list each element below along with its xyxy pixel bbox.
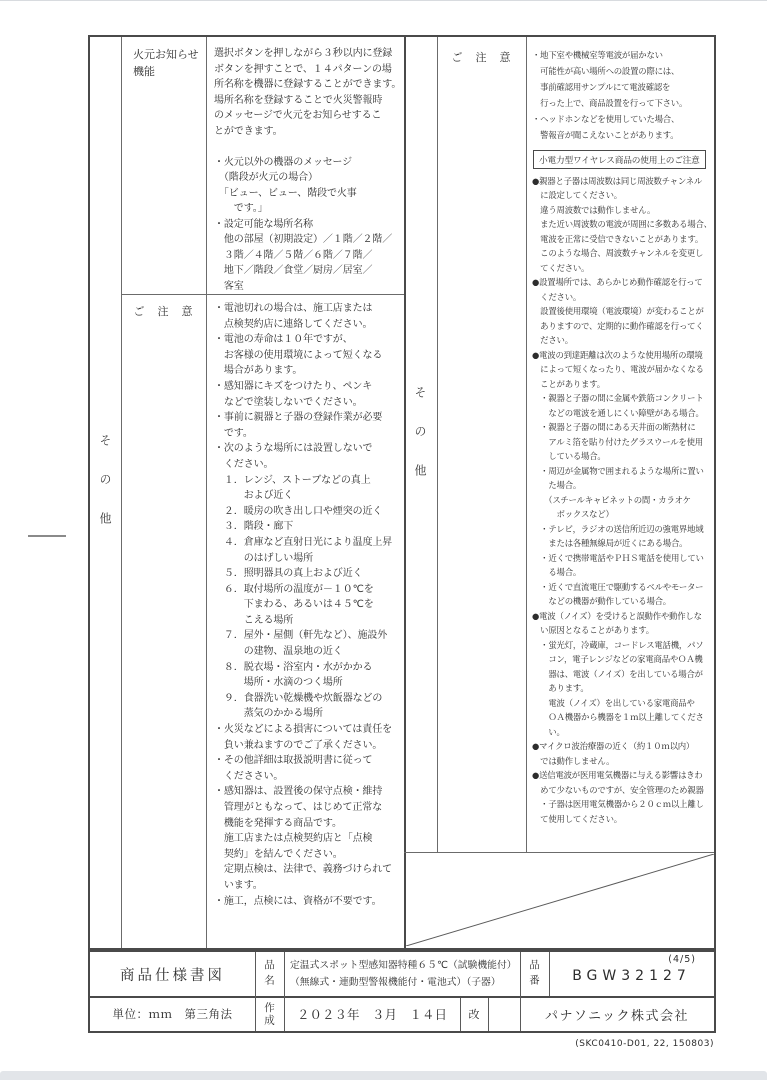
text-line: ・テレビ，ラジオの送信所近辺の強電界地域 — [532, 522, 714, 537]
text-line: ・親器と子器の間にある天井面の断熱材に — [532, 420, 714, 435]
text-line: 設置後使用環境（電波環境）が変わることが — [532, 304, 714, 319]
text-line: ＯＡ機器から機器を１ｍ以上離してくださ — [532, 710, 714, 725]
text-line: アルミ箔を貼り付けたグラスウールを使用 — [532, 435, 714, 450]
text-line: ・事前に親器と子器の登録作業が必要 — [214, 410, 392, 426]
text-line: ・近くで直流電圧で駆動するベルやモーター — [532, 580, 714, 595]
text-line: ９．食器洗い乾燥機や炊飯器などの — [214, 691, 392, 707]
text-line: ください。 — [532, 290, 714, 305]
text-line: た場合。 — [532, 478, 714, 493]
part-no-label: 品番 — [527, 959, 542, 990]
text-line: 管理がともなって、はじめて正常な — [214, 800, 392, 816]
left-row1-content: 選択ボタンを押しながら３秒以内に登録ボタンを押すことで、１４パターンの場所名称を… — [214, 46, 401, 294]
text-line: ださい。 — [532, 333, 714, 348]
text-line — [214, 139, 401, 155]
text-line: ・設定可能な場所名称 — [214, 217, 401, 233]
doc-title: 商品仕様書図 — [90, 952, 255, 996]
text-line: 行った上で、商品設置を行って下さい。 — [532, 95, 714, 111]
text-line: では動作しません。 — [532, 754, 714, 769]
right-wireless-notes: ●親器と子器は周波数は同じ周波数チャンネル に設定してください。 違う周波数では… — [532, 174, 714, 827]
units-projection: 単位：ｍｍ 第三角法 — [90, 997, 255, 1031]
text-line: ６．取付場所の温度が－１０℃を — [214, 582, 392, 598]
text-line: 負い兼ねますのでご了承ください。 — [214, 738, 392, 754]
part-number: BGW32127 — [549, 968, 714, 984]
text-line: 契約」を結んでください。 — [214, 847, 392, 863]
text-line: ボックスなど） — [532, 507, 714, 522]
text-line: 施工店または点検契約店と「点検 — [214, 831, 392, 847]
text-line: などの電波を通しにくい障壁がある場合。 — [532, 406, 714, 421]
text-line: 所名称を機器に登録することができます。 — [214, 77, 401, 93]
revision-label: 改 — [460, 997, 488, 1031]
text-line: ・周辺が金属物で囲まれるような場所に置い — [532, 464, 714, 479]
text-line: います。 — [214, 878, 392, 894]
text-line: および近く — [214, 488, 392, 504]
grid-line — [526, 37, 527, 852]
text-line: 選択ボタンを押しながら３秒以内に登録 — [214, 46, 401, 62]
text-line: ３．階段・廊下 — [214, 519, 392, 535]
text-line: ください。 — [214, 457, 392, 473]
right-side-label: その他 — [412, 386, 429, 503]
text-line: １．レンジ、ストーブなどの真上 — [214, 473, 392, 489]
binding-mark — [28, 535, 66, 537]
text-line: また近い周波数の電波が周囲に多数ある場合、 — [532, 217, 714, 232]
text-line: ・地下室や機械室等電波が届かない — [532, 47, 714, 63]
text-line: などの機器が動作している場合。 — [532, 594, 714, 609]
text-line: 事前確認用サンプルにて電波確認を — [532, 79, 714, 95]
text-line: ●電波の到達距離は次のような使用場所の環境 — [532, 348, 714, 363]
text-line: 地下／階段／食堂／厨房／居室／ — [214, 263, 401, 279]
product-name-label: 品名 — [262, 959, 277, 990]
text-line: 電波（ノイズ）を出している家電商品や — [532, 696, 714, 711]
text-line: 電波を正常に受信できないことがあります。 — [532, 232, 714, 247]
created-label-cell: 作成 — [255, 997, 284, 1031]
text-line: ・親器と子器の間に金属や鉄筋コンクリート — [532, 391, 714, 406]
text-line: ・近くで携帯電話やＰＨＳ電話を使用してい — [532, 551, 714, 566]
diagonal-line — [406, 854, 714, 946]
text-line: ８．脱衣場・浴室内・水がかかる — [214, 660, 392, 676]
text-line: ボタンを押すことで、１４パターンの場 — [214, 62, 401, 78]
right-side-label-cell: その他 — [404, 37, 437, 852]
text-line: ・次のような場所には設置しないで — [214, 441, 392, 457]
text-line: こえる場所 — [214, 613, 392, 629]
text-line: 警報音が聞こえないことがあります。 — [532, 127, 714, 143]
text-line: に設定してください。 — [532, 188, 714, 203]
text-line: ・電池切れの場合は、施工店または — [214, 301, 392, 317]
right-label: ご 注 意 — [437, 49, 526, 65]
part-no-label-cell: 品番 — [520, 952, 549, 996]
text-line: している場合。 — [532, 449, 714, 464]
text-line: ●電波（ノイズ）を受けると誤動作や動作しな — [532, 609, 714, 624]
created-label: 作成 — [262, 1002, 277, 1027]
text-line: めて少ないものですが、安全管理のため親器 — [532, 783, 714, 798]
text-line: 場合があります。 — [214, 363, 392, 379]
text-line: ●送信電波が医用電気機器に与える影響はきわ — [532, 768, 714, 783]
text-line: 「ビュー、ビュー、階段で火事 — [214, 186, 401, 202]
text-line: ●設置場所では、あらかじめ動作確認を行って — [532, 275, 714, 290]
left-row2-content: ・電池切れの場合は、施工店または 点検契約店に連絡してください。・電池の寿命は１… — [214, 301, 392, 909]
text-line: ・感知器にキズをつけたり、ペンキ — [214, 379, 392, 395]
scan-edge-top — [0, 0, 767, 1]
text-line: のメッセージで火元をお知らせするこ — [214, 108, 401, 124]
text-line: い。 — [532, 725, 714, 740]
left-side-label-cell: その他 — [90, 37, 121, 948]
text-line: ３階／４階／５階／６階／７階／ — [214, 248, 401, 264]
text-line: （スチールキャビネットの間・カラオケ — [532, 493, 714, 508]
text-line: る場合。 — [532, 565, 714, 580]
text-line: とができます。 — [214, 124, 401, 140]
text-line: です。」 — [214, 201, 401, 217]
text-line: お客様の使用環境によって短くなる — [214, 348, 392, 364]
text-line: または各種無線局が近くにある場合。 — [532, 536, 714, 551]
text-line: このような場合、周波数チャンネルを変更し — [532, 246, 714, 261]
right-content: ・地下室や機械室等電波が届かない 可能性が高い場所への設置の際には、 事前確認用… — [532, 47, 714, 826]
wireless-caution-title: 小電力型ワイヤレス商品の使用上のご注意 — [533, 150, 706, 169]
spec-sheet-page: その他 火元お知らせ 機能 選択ボタンを押しながら３秒以内に登録ボタンを押すこと… — [0, 0, 767, 1080]
text-line: 客室 — [214, 279, 401, 295]
text-line: くだささい。 — [214, 769, 392, 785]
text-line: 下まわる、あるいは４５℃を — [214, 597, 392, 613]
text-line: 可能性が高い場所への設置の際には、 — [532, 63, 714, 79]
text-line: ５．照明器具の真上および近く — [214, 566, 392, 582]
left-side-label: その他 — [97, 434, 114, 551]
text-line: ・ヘッドホンなどを使用していた場合、 — [532, 111, 714, 127]
scan-edge-bottom — [0, 1071, 767, 1080]
product-name-label-cell: 品名 — [255, 952, 284, 996]
text-line: 点検契約店に連絡してください。 — [214, 317, 392, 333]
text-line: 違う周波数では動作しません。 — [532, 203, 714, 218]
text-line: ことがあります。 — [532, 377, 714, 392]
text-line: です。 — [214, 426, 392, 442]
text-line: ●親器と子器は周波数は同じ周波数チャンネル — [532, 174, 714, 189]
grid-line — [437, 37, 438, 852]
grid-line — [206, 37, 207, 948]
text-line: ２．暖房の吹き出し口や煙突の近く — [214, 504, 392, 520]
grid-line — [121, 37, 122, 948]
text-line: の建物、温泉地の近く — [214, 644, 392, 660]
text-line: あります。 — [532, 681, 714, 696]
text-line: てください。 — [532, 261, 714, 276]
text-line: 他の部屋（初期設定）／１階／２階／ — [214, 232, 401, 248]
company-name: パナソニック株式会社 — [520, 997, 714, 1031]
page-number: (4/5) — [549, 954, 696, 965]
left-row2-label: ご 注 意 — [121, 303, 206, 319]
text-line: ４．倉庫など直射日光により温度上昇 — [214, 535, 392, 551]
revision-value-cell — [488, 997, 520, 1031]
text-line: コン，電子レンジなどの家電商品やＯＡ機 — [532, 652, 714, 667]
text-line: ７．屋外・屋側（軒先など）、施設外 — [214, 628, 392, 644]
text-line: 蒸気のかかる場所 — [214, 706, 392, 722]
main-table: その他 火元お知らせ 機能 選択ボタンを押しながら３秒以内に登録ボタンを押すこと… — [88, 35, 716, 950]
text-line: ・その他詳細は取扱説明書に従って — [214, 753, 392, 769]
text-line: 器は、電波（ノイズ）を出している場合が — [532, 667, 714, 682]
text-line: 定期点検は、法律で、義務づけられて — [214, 862, 392, 878]
text-line: い原因となることがあります。 — [532, 623, 714, 638]
text-line: 場所名称を登録することで火災警報時 — [214, 93, 401, 109]
text-line: ・火元以外の機器のメッセージ — [214, 155, 401, 171]
text-line: などで塗装しないでください。 — [214, 395, 392, 411]
text-line: ・感知器は、設置後の保守点検・維持 — [214, 784, 392, 800]
text-line: ・電池の寿命は１０年ですが、 — [214, 332, 392, 348]
text-line: て使用してください。 — [532, 812, 714, 827]
grid-line — [121, 294, 404, 295]
created-date: ２０２３年 ３月 １４日 — [284, 997, 460, 1031]
text-line: ありますので、定期的に動作確認を行ってく — [532, 319, 714, 334]
product-name: 定温式スポット型感知器特種６５℃（試験機能付） （無線式・連動型警報機能付・電池… — [290, 958, 517, 991]
text-line: のはげしい場所 — [214, 551, 392, 567]
right-notes-top: ・地下室や機械室等電波が届かない 可能性が高い場所への設置の際には、 事前確認用… — [532, 47, 714, 143]
text-line: ●マイクロ波治療器の近く（約１０ｍ以内） — [532, 739, 714, 754]
text-line: 場所・水滴のつく場所 — [214, 675, 392, 691]
text-line: によって短くなったり、電波が届かなくなる — [532, 362, 714, 377]
text-line: ・子器は医用電気機器から２０ｃｍ以上離し — [532, 797, 714, 812]
text-line: ・蛍光灯，冷蔵庫，コードレス電話機，パソ — [532, 638, 714, 653]
text-line: ・火災などによる損害については責任を — [214, 722, 392, 738]
title-block: 商品仕様書図 品名 定温式スポット型感知器特種６５℃（試験機能付） （無線式・連… — [88, 950, 716, 1033]
left-row1-label: 火元お知らせ 機能 — [133, 47, 199, 80]
doc-code: (SKC0410-D01, 22, 150803) — [430, 1039, 714, 1049]
grid-line — [404, 852, 714, 853]
text-line: 機能を発揮する商品です。 — [214, 816, 392, 832]
text-line: （階段が火元の場合） — [214, 170, 401, 186]
text-line: ・施工，点検には、資格が不要です。 — [214, 894, 392, 910]
crossed-empty-cell — [406, 854, 714, 946]
